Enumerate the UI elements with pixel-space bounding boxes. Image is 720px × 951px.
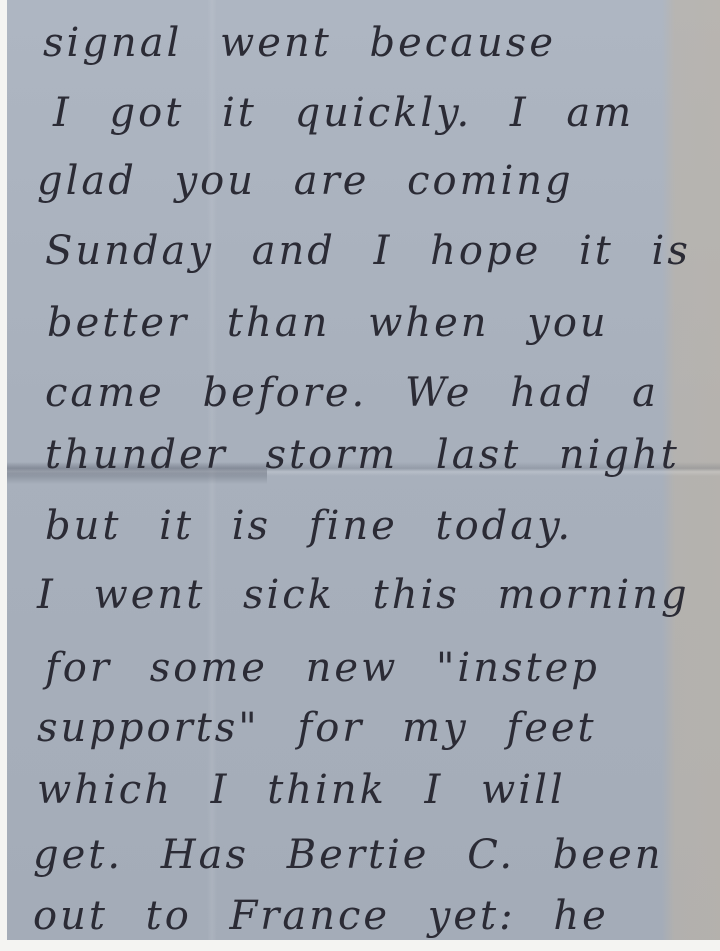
text-line: but it is fine today. [45, 503, 573, 549]
handwritten-text: signal went because I got it quickly. I … [7, 0, 720, 940]
text-line: which I think I will [37, 767, 566, 813]
text-line: glad you are coming [37, 158, 574, 204]
text-line: came before. We had a [45, 370, 659, 416]
text-line: supports" for my feet [37, 705, 597, 751]
text-line: for some new "instep [45, 645, 600, 691]
text-line: out to France yet: he [33, 893, 609, 939]
text-line: thunder storm last night [45, 432, 680, 478]
text-line: Sunday and I hope it is [45, 228, 691, 274]
text-line: I went sick this morning [37, 572, 690, 618]
text-line: I got it quickly. I am [53, 90, 634, 136]
letter-page: signal went because I got it quickly. I … [7, 0, 720, 940]
text-line: signal went because [43, 20, 556, 66]
text-line: get. Has Bertie C. been [33, 832, 664, 878]
text-line: better than when you [47, 300, 609, 346]
